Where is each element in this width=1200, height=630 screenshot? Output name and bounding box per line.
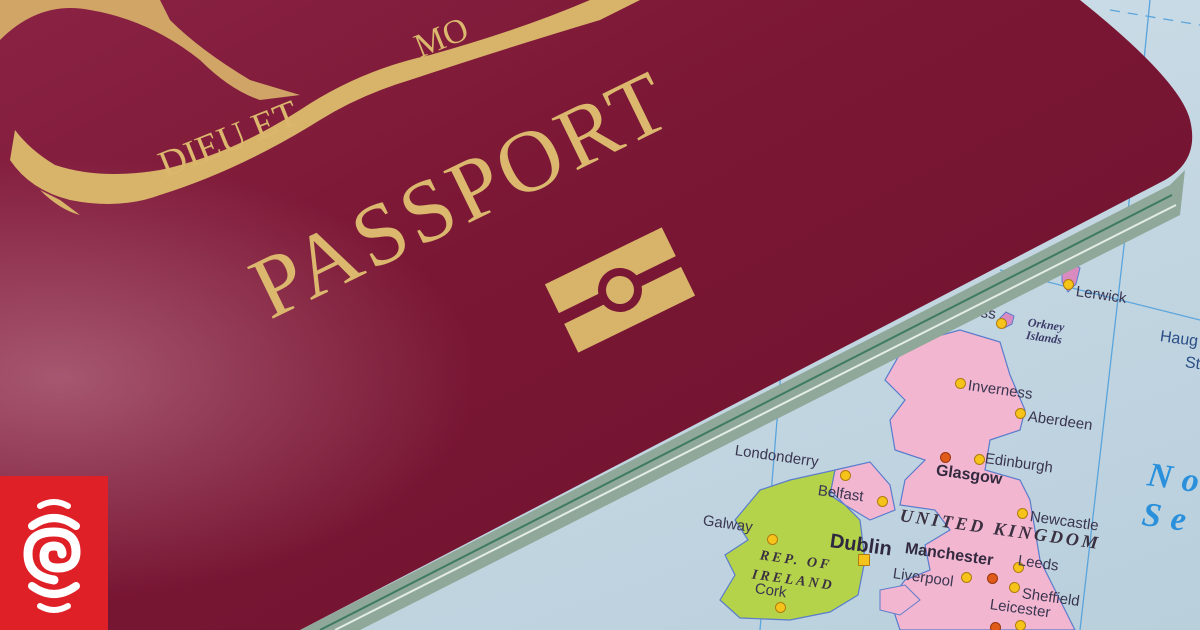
rnz-logo: [0, 476, 108, 630]
passport: DIEU ET MO PASSPORT: [0, 0, 1200, 630]
rnz-logo-icon: [0, 476, 108, 630]
photo-scene: Lerwick ...ness Orkney Islands Inverness…: [0, 0, 1200, 630]
